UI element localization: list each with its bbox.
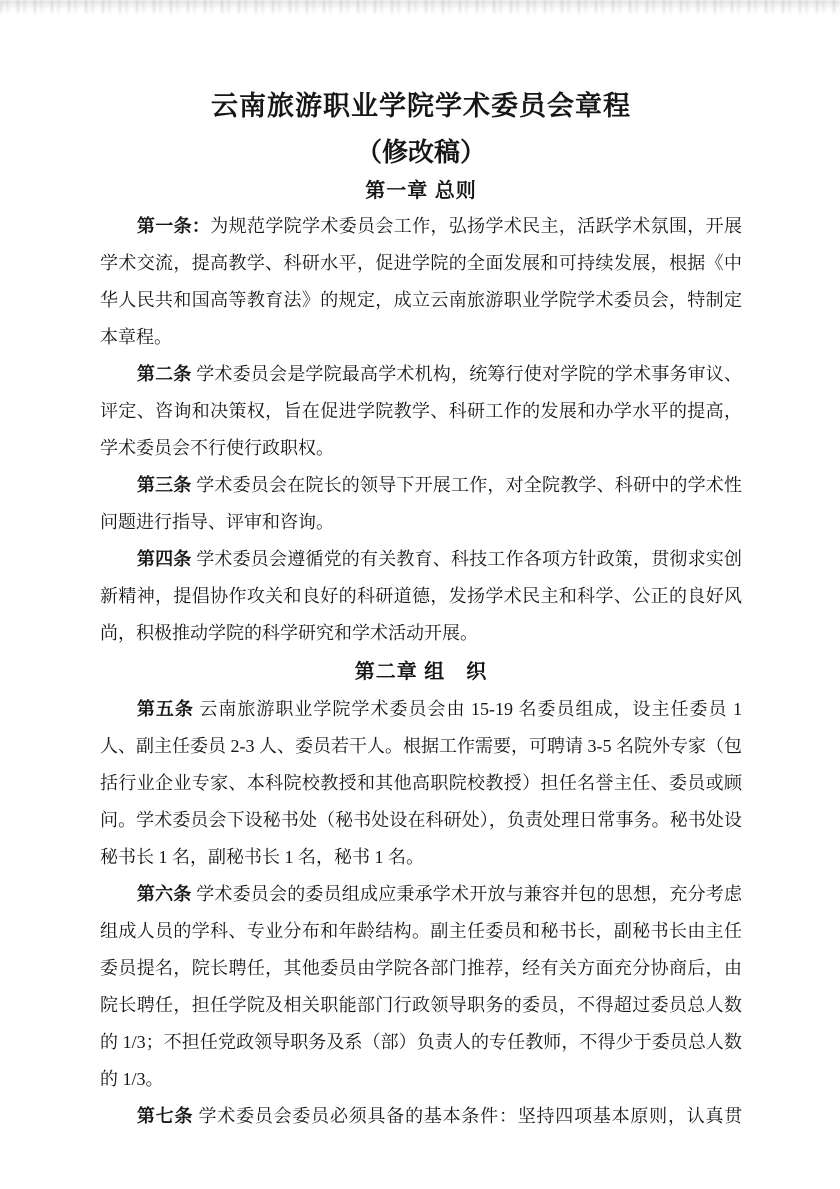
article-5-label: 第五条 [137, 699, 194, 719]
chapter-2-heading: 第二章 组 织 [100, 654, 742, 691]
article-2: 第二条 学术委员会是学院最高学术机构，统筹行使对学院的学术事务审议、评定、咨询和… [100, 356, 742, 467]
article-2-label: 第二条 [137, 364, 192, 384]
article-5: 第五条 云南旅游职业学院学术委员会由 15-19 名委员组成，设主任委员 1 人… [100, 691, 742, 876]
article-7: 第七条 学术委员会委员必须具备的基本条件：坚持四项基本原则，认真贯 [100, 1098, 742, 1135]
article-7-text: 学术委员会委员必须具备的基本条件：坚持四项基本原则，认真贯 [193, 1106, 742, 1126]
document-page: 云南旅游职业学院学术委员会章程 （修改稿） 第一章 总则 第一条：为规范学院学术… [0, 0, 840, 1189]
article-4-label: 第四条 [137, 549, 192, 569]
article-5-text: 云南旅游职业学院学术委员会由 15-19 名委员组成，设主任委员 1 人、副主任… [100, 699, 742, 867]
document-content: 云南旅游职业学院学术委员会章程 （修改稿） 第一章 总则 第一条：为规范学院学术… [0, 0, 840, 1135]
article-4-text: 学术委员会遵循党的有关教育、科技工作各项方针政策，贯彻求实创新精神，提倡协作攻关… [100, 549, 742, 643]
article-3-text: 学术委员会在院长的领导下开展工作，对全院教学、科研中的学术性问题进行指导、评审和… [100, 475, 742, 532]
document-title: 云南旅游职业学院学术委员会章程 [100, 86, 742, 126]
article-6: 第六条 学术委员会的委员组成应秉承学术开放与兼容并包的思想，充分考虑组成人员的学… [100, 876, 742, 1098]
article-1: 第一条：为规范学院学术委员会工作，弘扬学术民主，活跃学术氛围，开展学术交流，提高… [100, 208, 742, 356]
article-6-label: 第六条 [137, 884, 192, 904]
article-3: 第三条 学术委员会在院长的领导下开展工作，对全院教学、科研中的学术性问题进行指导… [100, 467, 742, 541]
article-1-label: 第一条： [137, 216, 210, 236]
article-7-label: 第七条 [137, 1106, 193, 1126]
article-6-text: 学术委员会的委员组成应秉承学术开放与兼容并包的思想，充分考虑组成人员的学科、专业… [100, 884, 742, 1089]
article-3-label: 第三条 [137, 475, 192, 495]
article-2-text: 学术委员会是学院最高学术机构，统筹行使对学院的学术事务审议、评定、咨询和决策权，… [100, 364, 742, 458]
article-4: 第四条 学术委员会遵循党的有关教育、科技工作各项方针政策，贯彻求实创新精神，提倡… [100, 541, 742, 652]
document-subtitle: （修改稿） [100, 132, 742, 172]
chapter-1-heading: 第一章 总则 [100, 174, 742, 208]
